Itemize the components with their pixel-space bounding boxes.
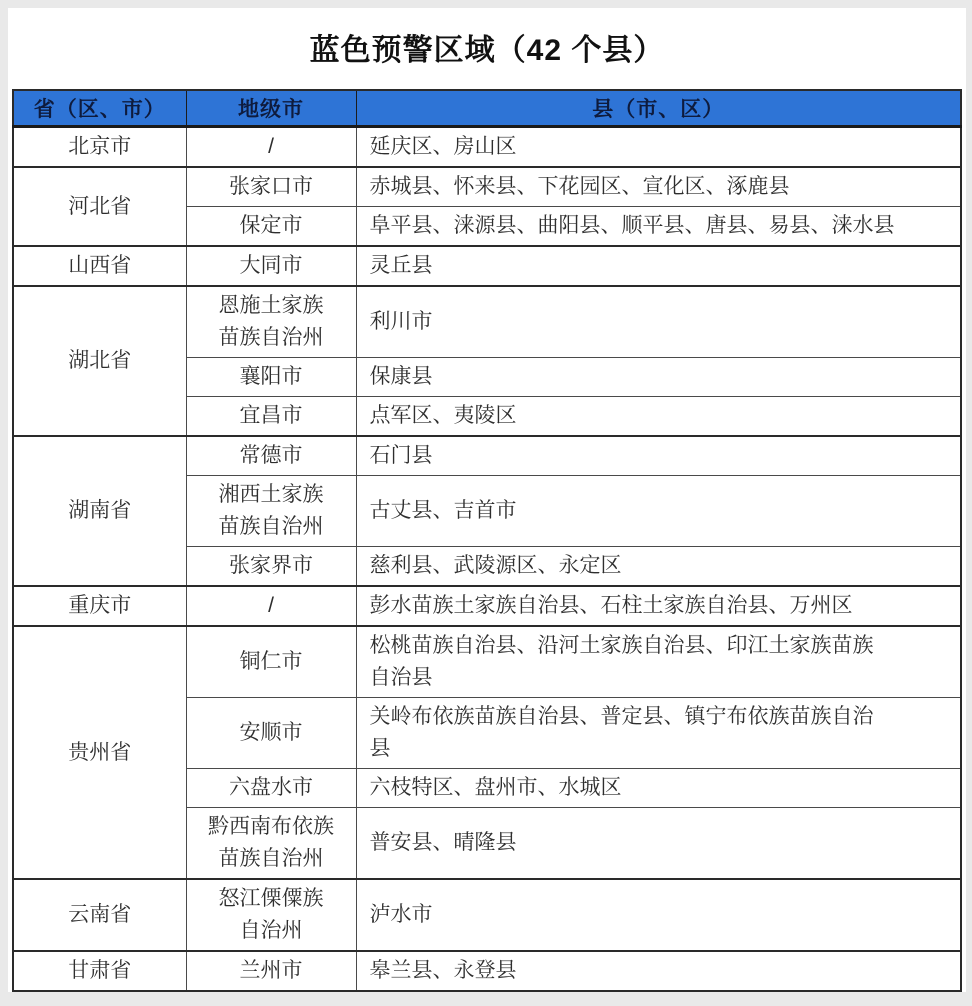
- article-page: 蓝色预警区域（42 个县） 省（区、市） 地级市 县（市、区） 北京市/延庆区、…: [8, 8, 966, 992]
- counties-cell: 石门县: [356, 436, 961, 476]
- table-row: 贵州省铜仁市松桃苗族自治县、沿河土家族自治县、印江土家族苗族 自治县: [13, 626, 961, 698]
- counties-cell: 阜平县、涞源县、曲阳县、顺平县、唐县、易县、涞水县: [356, 207, 961, 247]
- counties-cell: 延庆区、房山区: [356, 127, 961, 168]
- city-cell: 湘西土家族 苗族自治州: [186, 476, 356, 547]
- table-row: 山西省大同市灵丘县: [13, 246, 961, 286]
- province-cell: 湖南省: [13, 436, 186, 586]
- blue-warning-table: 省（区、市） 地级市 县（市、区） 北京市/延庆区、房山区河北省张家口市赤城县、…: [12, 89, 962, 992]
- table-row: 甘肃省兰州市皋兰县、永登县: [13, 951, 961, 991]
- city-cell: 张家界市: [186, 547, 356, 587]
- province-cell: 云南省: [13, 879, 186, 951]
- table-row: 河北省张家口市赤城县、怀来县、下花园区、宣化区、涿鹿县: [13, 167, 961, 207]
- city-cell: /: [186, 127, 356, 168]
- table-body: 北京市/延庆区、房山区河北省张家口市赤城县、怀来县、下花园区、宣化区、涿鹿县保定…: [13, 127, 961, 992]
- counties-cell: 点军区、夷陵区: [356, 397, 961, 437]
- counties-cell: 灵丘县: [356, 246, 961, 286]
- city-cell: 怒江傈僳族 自治州: [186, 879, 356, 951]
- counties-cell: 利川市: [356, 286, 961, 358]
- city-cell: 黔西南布依族 苗族自治州: [186, 808, 356, 880]
- province-cell: 甘肃省: [13, 951, 186, 991]
- city-cell: 铜仁市: [186, 626, 356, 698]
- city-cell: 张家口市: [186, 167, 356, 207]
- city-cell: 兰州市: [186, 951, 356, 991]
- city-cell: 大同市: [186, 246, 356, 286]
- table-row: 湖北省恩施土家族 苗族自治州利川市: [13, 286, 961, 358]
- table-header: 省（区、市） 地级市 县（市、区）: [13, 90, 961, 127]
- city-cell: 恩施土家族 苗族自治州: [186, 286, 356, 358]
- counties-cell: 皋兰县、永登县: [356, 951, 961, 991]
- city-cell: 宜昌市: [186, 397, 356, 437]
- counties-cell: 保康县: [356, 358, 961, 397]
- counties-cell: 泸水市: [356, 879, 961, 951]
- table-row: 云南省怒江傈僳族 自治州泸水市: [13, 879, 961, 951]
- province-cell: 重庆市: [13, 586, 186, 626]
- counties-cell: 关岭布依族苗族自治县、普定县、镇宁布依族苗族自治 县: [356, 698, 961, 769]
- province-cell: 湖北省: [13, 286, 186, 436]
- counties-cell: 彭水苗族土家族自治县、石柱土家族自治县、万州区: [356, 586, 961, 626]
- counties-cell: 古丈县、吉首市: [356, 476, 961, 547]
- province-cell: 河北省: [13, 167, 186, 246]
- counties-cell: 六枝特区、盘州市、水城区: [356, 769, 961, 808]
- header-city: 地级市: [186, 90, 356, 127]
- table-row: 重庆市/彭水苗族土家族自治县、石柱土家族自治县、万州区: [13, 586, 961, 626]
- table-row: 湖南省常德市石门县: [13, 436, 961, 476]
- city-cell: 安顺市: [186, 698, 356, 769]
- city-cell: 襄阳市: [186, 358, 356, 397]
- city-cell: /: [186, 586, 356, 626]
- counties-cell: 赤城县、怀来县、下花园区、宣化区、涿鹿县: [356, 167, 961, 207]
- province-cell: 山西省: [13, 246, 186, 286]
- city-cell: 保定市: [186, 207, 356, 247]
- counties-cell: 慈利县、武陵源区、永定区: [356, 547, 961, 587]
- header-counties: 县（市、区）: [356, 90, 961, 127]
- province-cell: 贵州省: [13, 626, 186, 879]
- header-province: 省（区、市）: [13, 90, 186, 127]
- counties-cell: 松桃苗族自治县、沿河土家族自治县、印江土家族苗族 自治县: [356, 626, 961, 698]
- province-cell: 北京市: [13, 127, 186, 168]
- header-row: 省（区、市） 地级市 县（市、区）: [13, 90, 961, 127]
- city-cell: 常德市: [186, 436, 356, 476]
- table-row: 北京市/延庆区、房山区: [13, 127, 961, 168]
- city-cell: 六盘水市: [186, 769, 356, 808]
- counties-cell: 普安县、晴隆县: [356, 808, 961, 880]
- page-title: 蓝色预警区域（42 个县）: [8, 25, 966, 69]
